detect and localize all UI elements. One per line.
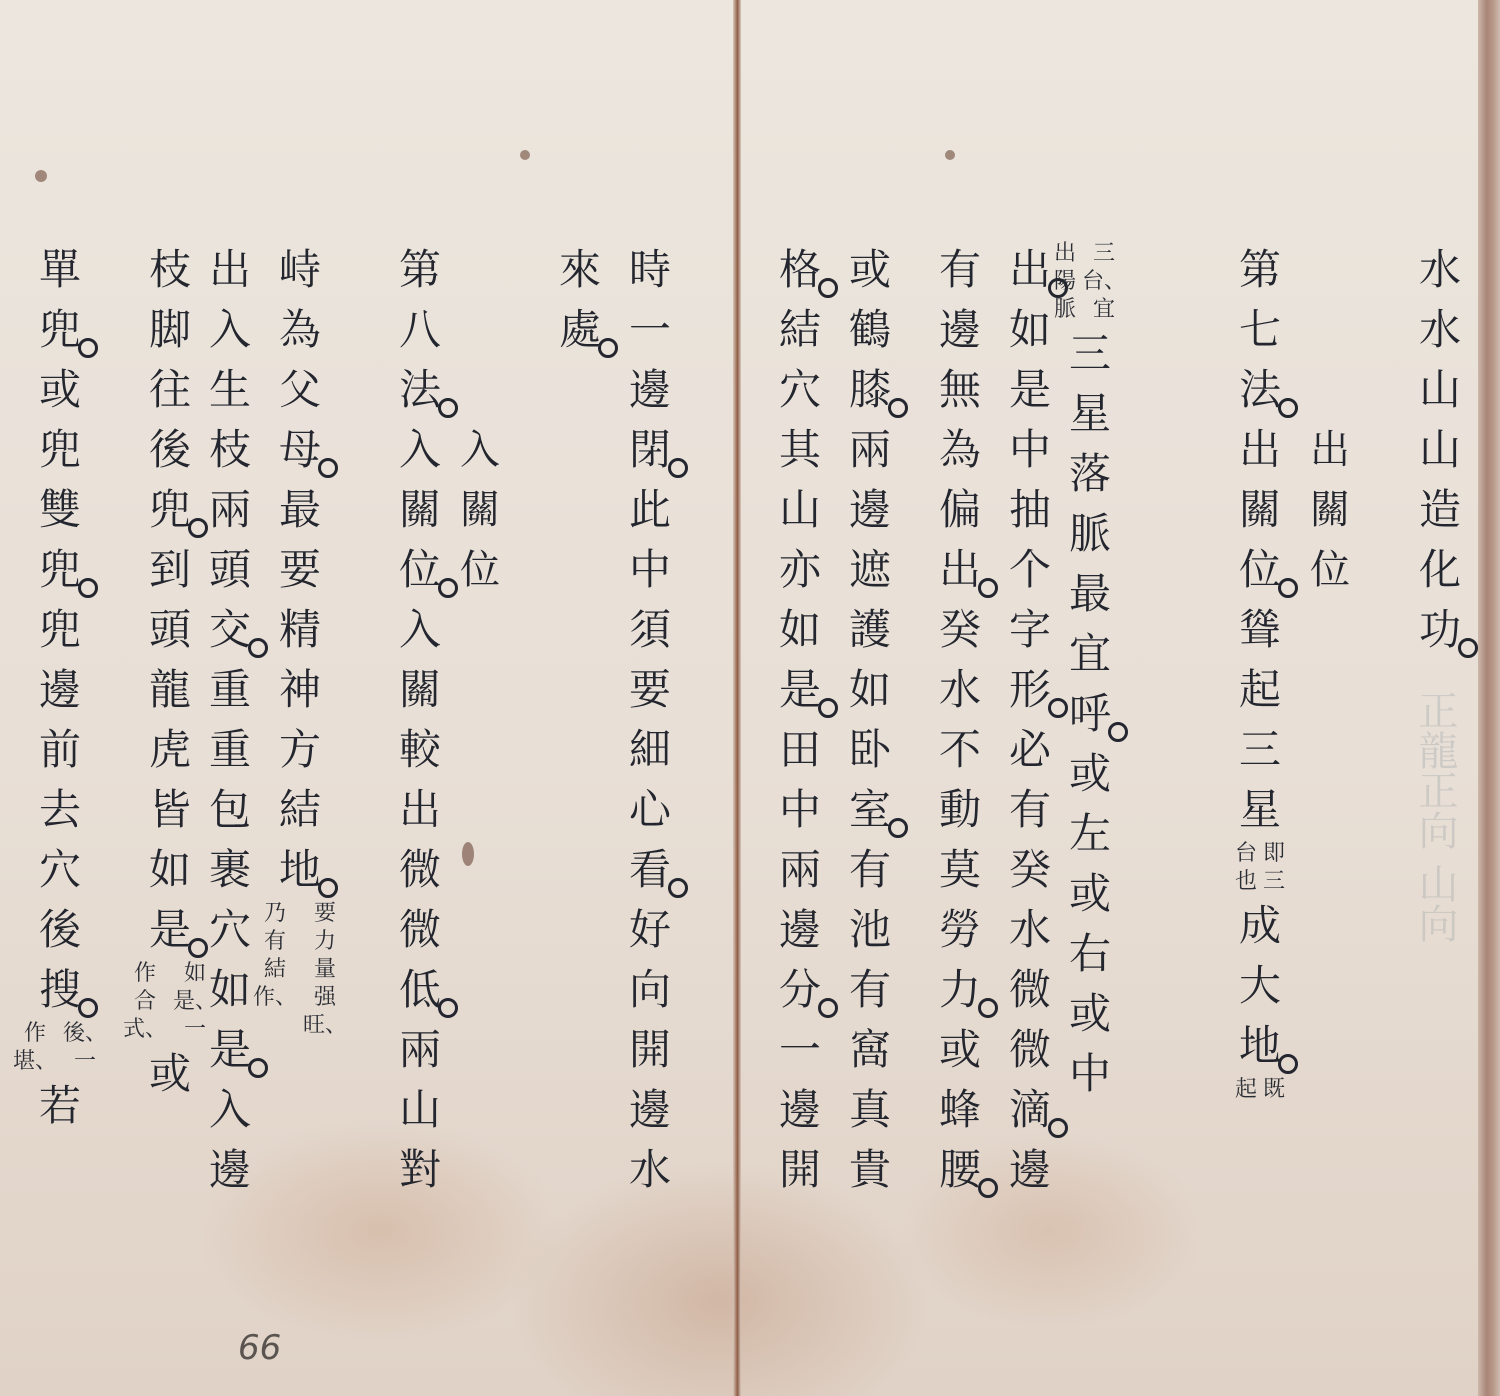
character: 化 xyxy=(1410,540,1470,600)
character: 包 xyxy=(200,780,260,840)
text-column: 水水山山造化功 xyxy=(1410,240,1470,660)
character: 入 xyxy=(390,600,450,660)
annotation-char: 既 xyxy=(1263,1076,1285,1104)
character: 微 xyxy=(390,900,450,960)
character: 有 xyxy=(840,960,900,1020)
character: 必 xyxy=(1000,720,1060,780)
annotation-char: 要 xyxy=(314,900,336,928)
character: 起 xyxy=(1230,660,1290,720)
character: 穴 xyxy=(770,360,830,420)
character: 右 xyxy=(1060,924,1120,984)
annotation-char: 起 xyxy=(1235,1076,1257,1104)
character: 大 xyxy=(1230,956,1290,1016)
character: 處 xyxy=(550,300,610,360)
text-column: 第七法出關位聳起三星即三台也成大地既起 xyxy=(1230,240,1290,1104)
text-column: 出入生枝兩頭交重重包裹穴如是入邊 xyxy=(200,240,260,1200)
character: 為 xyxy=(270,300,330,360)
character: 母 xyxy=(270,420,330,480)
character: 如 xyxy=(140,840,200,900)
character: 邊 xyxy=(620,360,680,420)
character: 到 xyxy=(140,540,200,600)
annotation-column: 作堪、 xyxy=(13,1020,57,1076)
character: 成 xyxy=(1230,896,1290,956)
character: 八 xyxy=(390,300,450,360)
character: 對 xyxy=(390,1140,450,1200)
page-edge xyxy=(1478,0,1500,1396)
character: 真 xyxy=(840,1080,900,1140)
left-page: 時一邊閉此中須要細心看好向開邊水來處入關位第八法入關位入關較出微微低兩山對峙為父… xyxy=(20,240,720,1320)
character: 窩 xyxy=(840,1020,900,1080)
character: 勞 xyxy=(930,900,990,960)
character: 細 xyxy=(620,720,680,780)
character: 微 xyxy=(390,840,450,900)
character: 往 xyxy=(140,360,200,420)
character: 生 xyxy=(200,360,260,420)
wormhole xyxy=(520,150,530,160)
wormhole xyxy=(945,150,955,160)
character: 或 xyxy=(840,240,900,300)
character: 地 xyxy=(1230,1016,1290,1076)
annotation-char: 後、 xyxy=(63,1020,107,1048)
section-heading-column: 入關位 xyxy=(450,420,510,600)
text-column: 第八法入關位入關較出微微低兩山對 xyxy=(390,240,450,1200)
annotation-char: 式、 xyxy=(123,1016,167,1044)
book-spine xyxy=(733,0,741,1396)
character: 裹 xyxy=(200,840,260,900)
annotation-char: 量 xyxy=(314,956,336,984)
text-column: 有邊無為偏出癸水不動莫勞力或蜂腰 xyxy=(930,240,990,1200)
right-page: 水水山山造化功出關位第七法出關位聳起三星即三台也成大地既起三台、宜出陽脈三星落脈… xyxy=(760,240,1480,1320)
annotation-char: 也 xyxy=(1235,868,1257,896)
character: 第 xyxy=(1230,240,1290,300)
character: 頭 xyxy=(200,540,260,600)
text-column: 格結穴其山亦如是田中兩邊分一邊開 xyxy=(770,240,830,1200)
character: 山 xyxy=(1410,420,1470,480)
character: 癸 xyxy=(1000,840,1060,900)
character: 位 xyxy=(450,540,510,600)
character: 看 xyxy=(620,840,680,900)
character: 星 xyxy=(1230,780,1290,840)
character: 脚 xyxy=(140,300,200,360)
book-spread: 正龍正向 山向 水水山山造化功出關位第七法出關位聳起三星即三台也成大地既起三台、… xyxy=(0,0,1500,1396)
character: 入 xyxy=(200,1080,260,1140)
character: 形 xyxy=(1000,660,1060,720)
character: 池 xyxy=(840,900,900,960)
text-column: 來處 xyxy=(550,240,610,360)
character: 地 xyxy=(270,840,330,900)
character: 去 xyxy=(30,780,90,840)
annotation-char: 乃 xyxy=(264,900,286,928)
character: 如 xyxy=(840,660,900,720)
character: 如 xyxy=(770,600,830,660)
character: 中 xyxy=(770,780,830,840)
character: 兩 xyxy=(390,1020,450,1080)
character: 出 xyxy=(1300,420,1360,480)
text-column: 出如是中抽个字形必有癸水微微滴邊 xyxy=(1000,240,1060,1200)
character: 護 xyxy=(840,600,900,660)
character: 字 xyxy=(1000,600,1060,660)
character: 室 xyxy=(840,780,900,840)
text-column: 峙為父母最要精神方結地要力量强旺、乃有結作、 xyxy=(270,240,330,1040)
annotation-char: 一 xyxy=(74,1048,96,1076)
annotation-column: 即三 xyxy=(1263,840,1285,896)
character: 重 xyxy=(200,660,260,720)
character: 此 xyxy=(620,480,680,540)
character: 後 xyxy=(140,420,200,480)
character: 第 xyxy=(390,240,450,300)
character: 穴 xyxy=(30,840,90,900)
character: 枝 xyxy=(200,420,260,480)
character: 邊 xyxy=(200,1140,260,1200)
character: 山 xyxy=(770,480,830,540)
character: 偏 xyxy=(930,480,990,540)
character: 開 xyxy=(770,1140,830,1200)
character: 皆 xyxy=(140,780,200,840)
character: 左 xyxy=(1060,804,1120,864)
wormhole xyxy=(35,170,47,182)
character: 頭 xyxy=(140,600,200,660)
annotation-column: 要力量强旺、 xyxy=(303,900,347,1040)
character: 其 xyxy=(770,420,830,480)
character: 來 xyxy=(550,240,610,300)
character: 兩 xyxy=(770,840,830,900)
character: 動 xyxy=(930,780,990,840)
annotation-char: 作 xyxy=(134,960,156,988)
character: 龍 xyxy=(140,660,200,720)
character: 不 xyxy=(930,720,990,780)
annotation-char: 即 xyxy=(1263,840,1285,868)
annotation-char: 强 xyxy=(314,984,336,1012)
character: 三 xyxy=(1060,324,1120,384)
character: 山 xyxy=(390,1080,450,1140)
character: 位 xyxy=(1230,540,1290,600)
character: 向 xyxy=(620,960,680,1020)
character: 雙 xyxy=(30,480,90,540)
character: 閉 xyxy=(620,420,680,480)
character: 出 xyxy=(1230,420,1290,480)
annotation-column: 作合式、 xyxy=(123,960,167,1044)
character: 力 xyxy=(930,960,990,1020)
character: 關 xyxy=(390,480,450,540)
annotation-char: 台、 xyxy=(1082,268,1126,296)
annotation-note: 既起 xyxy=(1235,1076,1285,1104)
character: 中 xyxy=(1060,1044,1120,1104)
character: 兜 xyxy=(140,480,200,540)
character: 分 xyxy=(770,960,830,1020)
character: 一 xyxy=(770,1020,830,1080)
character: 一 xyxy=(620,300,680,360)
character: 無 xyxy=(930,360,990,420)
annotation-column: 如是、一 xyxy=(173,960,217,1044)
text-column: 枝脚往後兜到頭龍虎皆如是如是、一作合式、或 xyxy=(140,240,200,1104)
text-column: 或鶴膝兩邊遮護如卧室有池有窩真貴 xyxy=(840,240,900,1200)
character: 最 xyxy=(270,480,330,540)
character: 要 xyxy=(620,660,680,720)
character: 法 xyxy=(1230,360,1290,420)
character: 兩 xyxy=(840,420,900,480)
character: 鶴 xyxy=(840,300,900,360)
annotation-char: 是、 xyxy=(173,988,217,1016)
character: 結 xyxy=(770,300,830,360)
character: 兜 xyxy=(30,300,90,360)
character: 出 xyxy=(1000,240,1060,300)
character: 三 xyxy=(1230,720,1290,780)
character: 最 xyxy=(1060,564,1120,624)
character: 水 xyxy=(1000,900,1060,960)
character: 父 xyxy=(270,360,330,420)
character: 落 xyxy=(1060,444,1120,504)
character: 交 xyxy=(200,600,260,660)
character: 法 xyxy=(390,360,450,420)
character: 兜 xyxy=(30,420,90,480)
character: 關 xyxy=(390,660,450,720)
character: 神 xyxy=(270,660,330,720)
character: 邊 xyxy=(770,1080,830,1140)
character: 開 xyxy=(620,1020,680,1080)
character: 入 xyxy=(390,420,450,480)
annotation-char: 力 xyxy=(314,928,336,956)
character: 山 xyxy=(1410,360,1470,420)
character: 須 xyxy=(620,600,680,660)
character: 是 xyxy=(770,660,830,720)
text-column: 三台、宜出陽脈三星落脈最宜呼或左或右或中 xyxy=(1060,240,1120,1104)
character: 微 xyxy=(1000,1020,1060,1080)
character: 聳 xyxy=(1230,600,1290,660)
character: 抽 xyxy=(1000,480,1060,540)
annotation-char: 三 xyxy=(1093,240,1115,268)
character: 格 xyxy=(770,240,830,300)
character: 脈 xyxy=(1060,504,1120,564)
character: 邊 xyxy=(770,900,830,960)
character: 或 xyxy=(930,1020,990,1080)
character: 癸 xyxy=(930,600,990,660)
character: 好 xyxy=(620,900,680,960)
annotation-char: 結 xyxy=(264,956,286,984)
character: 功 xyxy=(1410,600,1470,660)
character: 出 xyxy=(930,540,990,600)
character: 出 xyxy=(200,240,260,300)
character: 七 xyxy=(1230,300,1290,360)
character: 兜 xyxy=(30,540,90,600)
character: 峙 xyxy=(270,240,330,300)
character: 結 xyxy=(270,780,330,840)
character: 重 xyxy=(200,720,260,780)
character: 宜 xyxy=(1060,624,1120,684)
character: 有 xyxy=(1000,780,1060,840)
character: 穴 xyxy=(200,900,260,960)
text-column: 時一邊閉此中須要細心看好向開邊水 xyxy=(620,240,680,1200)
character: 較 xyxy=(390,720,450,780)
character: 或 xyxy=(140,1044,200,1104)
character: 星 xyxy=(1060,384,1120,444)
character: 關 xyxy=(450,480,510,540)
character: 中 xyxy=(620,540,680,600)
character: 要 xyxy=(270,540,330,600)
character: 兜 xyxy=(30,600,90,660)
annotation-char: 一 xyxy=(184,1016,206,1044)
character: 田 xyxy=(770,720,830,780)
annotation-column: 既 xyxy=(1263,1076,1285,1104)
character: 邊 xyxy=(30,660,90,720)
character: 微 xyxy=(1000,960,1060,1020)
character: 搜 xyxy=(30,960,90,1020)
character: 時 xyxy=(620,240,680,300)
character: 貴 xyxy=(840,1140,900,1200)
annotation-char: 合 xyxy=(134,988,156,1016)
character: 是 xyxy=(1000,360,1060,420)
character: 出 xyxy=(390,780,450,840)
character: 水 xyxy=(620,1140,680,1200)
character: 卧 xyxy=(840,720,900,780)
annotation-column: 三台、宜 xyxy=(1082,240,1126,324)
character: 膝 xyxy=(840,360,900,420)
character: 或 xyxy=(1060,744,1120,804)
character: 呼 xyxy=(1060,684,1120,744)
character: 入 xyxy=(200,300,260,360)
annotation-char: 旺、 xyxy=(303,1012,347,1040)
character: 位 xyxy=(1300,540,1360,600)
annotation-note: 如是、一作合式、 xyxy=(123,960,217,1044)
character: 有 xyxy=(930,240,990,300)
character: 邊 xyxy=(930,300,990,360)
character: 水 xyxy=(1410,240,1470,300)
annotation-column: 台也 xyxy=(1235,840,1257,896)
annotation-char: 堪、 xyxy=(13,1048,57,1076)
annotation-char: 作 xyxy=(24,1020,46,1048)
character: 心 xyxy=(620,780,680,840)
character: 邊 xyxy=(1000,1140,1060,1200)
annotation-note: 要力量强旺、乃有結作、 xyxy=(253,900,347,1040)
annotation-column: 後、一 xyxy=(63,1020,107,1076)
character: 邊 xyxy=(840,480,900,540)
character: 為 xyxy=(930,420,990,480)
character: 方 xyxy=(270,720,330,780)
handwritten-page-number: 66 xyxy=(238,1328,281,1368)
character: 若 xyxy=(30,1076,90,1136)
annotation-note: 即三台也 xyxy=(1235,840,1285,896)
character: 邊 xyxy=(620,1080,680,1140)
character: 如 xyxy=(1000,300,1060,360)
character: 單 xyxy=(30,240,90,300)
character: 入 xyxy=(450,420,510,480)
character: 關 xyxy=(1300,480,1360,540)
annotation-char: 有 xyxy=(264,928,286,956)
character: 關 xyxy=(1230,480,1290,540)
character: 水 xyxy=(1410,300,1470,360)
text-column: 單兜或兜雙兜兜邊前去穴後搜後、一作堪、若 xyxy=(30,240,90,1136)
character: 或 xyxy=(1060,864,1120,924)
character: 有 xyxy=(840,840,900,900)
character: 低 xyxy=(390,960,450,1020)
character: 精 xyxy=(270,600,330,660)
character: 虎 xyxy=(140,720,200,780)
character: 後 xyxy=(30,900,90,960)
character: 蜂 xyxy=(930,1080,990,1140)
character: 水 xyxy=(930,660,990,720)
annotation-char: 如 xyxy=(184,960,206,988)
annotation-char: 宜 xyxy=(1093,296,1115,324)
character: 或 xyxy=(1060,984,1120,1044)
character: 遮 xyxy=(840,540,900,600)
character: 莫 xyxy=(930,840,990,900)
character: 是 xyxy=(140,900,200,960)
character: 位 xyxy=(390,540,450,600)
annotation-note: 後、一作堪、 xyxy=(13,1020,107,1076)
character: 或 xyxy=(30,360,90,420)
annotation-column: 起 xyxy=(1235,1076,1257,1104)
character: 造 xyxy=(1410,480,1470,540)
annotation-char: 三 xyxy=(1263,868,1285,896)
character: 腰 xyxy=(930,1140,990,1200)
character: 亦 xyxy=(770,540,830,600)
character: 中 xyxy=(1000,420,1060,480)
section-heading-column: 出關位 xyxy=(1300,420,1360,600)
character: 滴 xyxy=(1000,1080,1060,1140)
character: 个 xyxy=(1000,540,1060,600)
annotation-char: 台 xyxy=(1235,840,1257,868)
character: 兩 xyxy=(200,480,260,540)
character: 枝 xyxy=(140,240,200,300)
character: 前 xyxy=(30,720,90,780)
